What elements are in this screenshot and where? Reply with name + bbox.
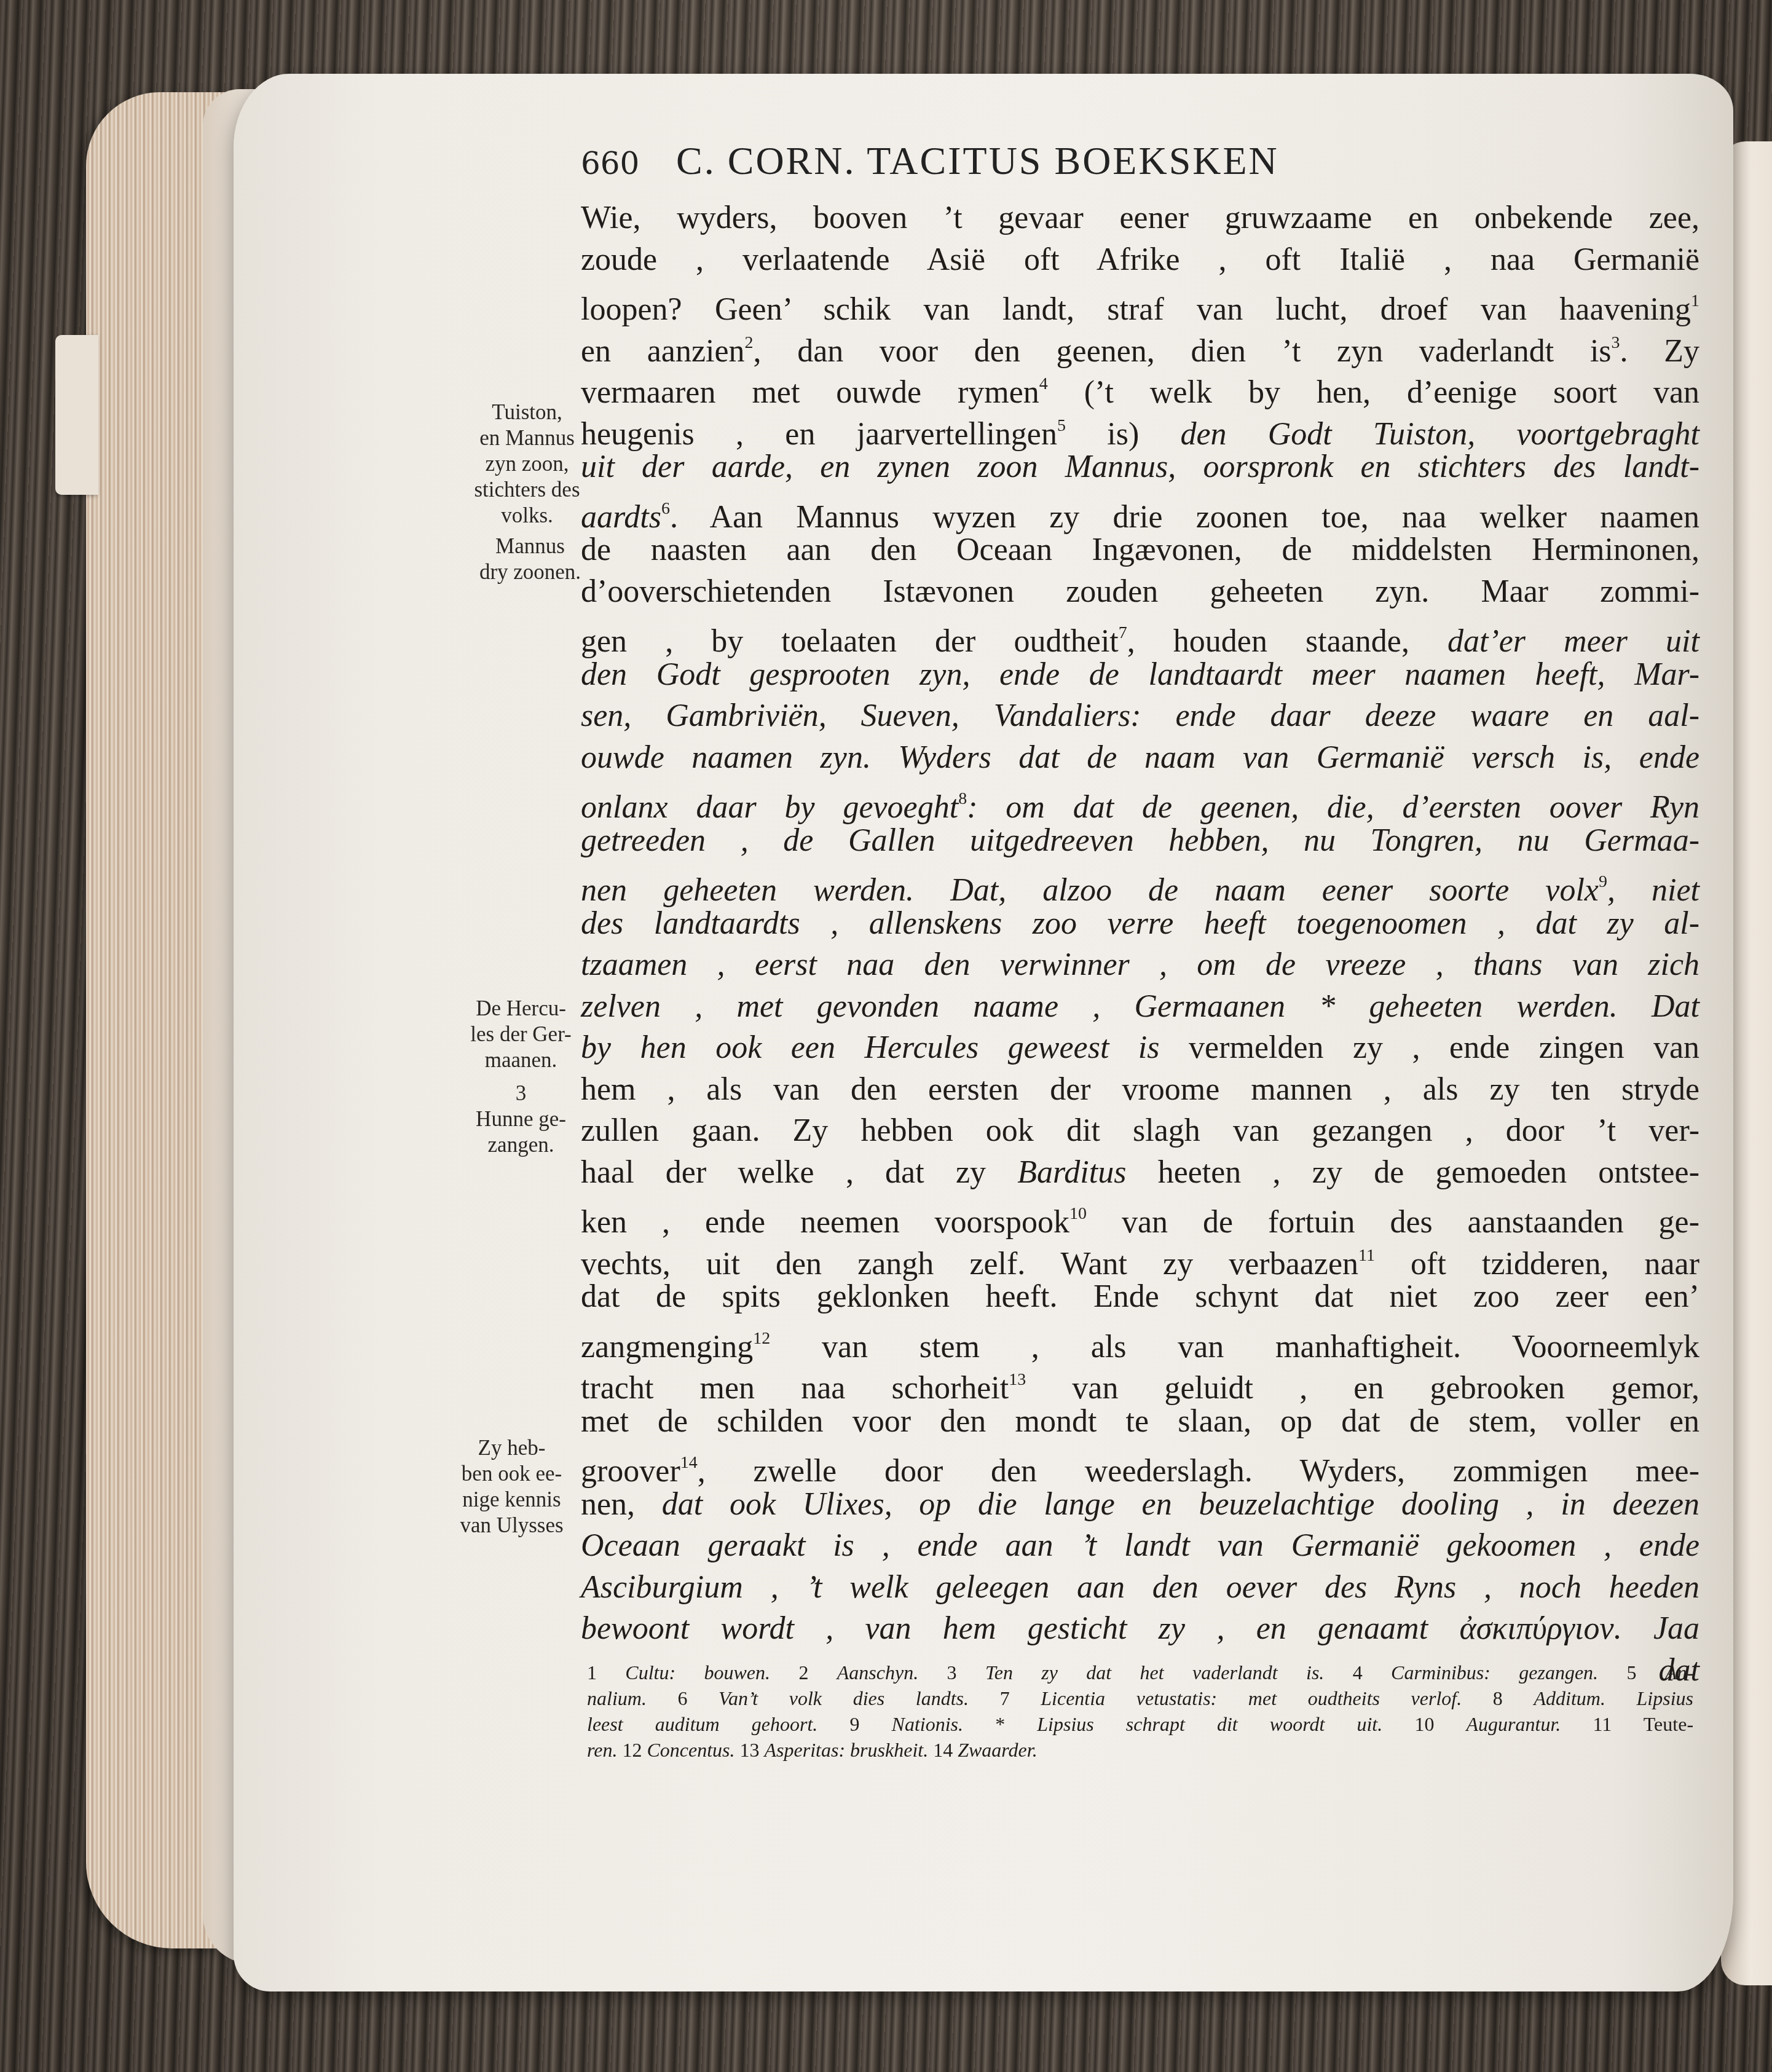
roman-text: heeten , zy de gemoeden ontstee- [1126, 1155, 1699, 1190]
footnote-ref: 5 [1057, 416, 1066, 435]
roman-text: Teute- [1644, 1713, 1693, 1735]
text-line: met de schilden voor den mondt te slaan,… [581, 1401, 1699, 1443]
text-line: zullen gaan. Zy hebben ook dit slagh van… [581, 1110, 1699, 1152]
footnote-ref: 9 [1599, 872, 1607, 891]
margin-note-line: en Mannus [458, 425, 596, 451]
footnote-ref: 4 [1039, 374, 1048, 393]
margin-note: Mannusdry zoonen. [461, 534, 599, 585]
italic-text: Cultu: bouwen. [625, 1661, 770, 1684]
italic-text: sen, Gambriviën, Sueven, Vandaliers: end… [581, 698, 1699, 733]
text-line: loopen? Geen’ schik van landt, straf van… [581, 280, 1699, 322]
margin-note-line: maanen. [452, 1047, 590, 1073]
margin-note-line: Mannus [461, 534, 599, 559]
italic-text: Aanschyn. [837, 1661, 918, 1684]
text-line: nen geheeten werden. Dat, alzoo de naam … [581, 861, 1699, 903]
margin-note-line: volks. [458, 503, 596, 529]
margin-note-line: van Ulysses [443, 1513, 581, 1538]
italic-text: by hen ook een Hercules geweest is [581, 1030, 1160, 1065]
margin-note-line: zyn zoon, [458, 451, 596, 477]
text-line: dat de spits geklonken heeft. Ende schyn… [581, 1276, 1699, 1318]
italic-text: Asciburgium , ’t welk geleegen aan den o… [581, 1570, 1699, 1605]
footnote-line: 1 Cultu: bouwen. 2 Aanschyn. 3 Ten zy da… [587, 1660, 1693, 1685]
text-line: hem , als van den eersten der vroome man… [581, 1069, 1699, 1111]
italic-text: Carminibus: gezangen. [1391, 1661, 1598, 1684]
text-line: haal der welke , dat zy Barditus heeten … [581, 1152, 1699, 1194]
margin-note-line: les der Ger- [452, 1022, 590, 1047]
italic-text: Concentus. [647, 1739, 734, 1761]
italic-text: den Godt gesprooten zyn, ende de landtaa… [581, 657, 1699, 692]
footnote-ref: 10 [1069, 1204, 1087, 1223]
italic-text: An- [1665, 1661, 1693, 1684]
text-line: by hen ook een Hercules geweest is verme… [581, 1027, 1699, 1069]
text-line: onlanx daar by gevoeght8: om dat de geen… [581, 778, 1699, 820]
margin-note-line: Hunne ge- [452, 1106, 590, 1132]
text-line: heugenis , en jaarvertellingen5 is) den … [581, 405, 1699, 447]
text-line: zelven , met gevonden naame , Germaanen … [581, 986, 1699, 1028]
running-head-title: C. CORN. TACITUS BOEKSKEN [676, 138, 1279, 184]
italic-text: getreeden , de Gallen uitgedreeven hebbe… [581, 823, 1699, 858]
bookmark-tab [55, 335, 98, 495]
roman-text: hem , als van den eersten der vroome man… [581, 1072, 1699, 1107]
italic-text: Nationis. [892, 1713, 963, 1735]
roman-text: 10 [1382, 1713, 1466, 1735]
italic-text: dat ook Ulixes, op die lange en beuzelac… [662, 1487, 1699, 1522]
margin-note: Zy heb-ben ook ee-nige kennisvan Ulysses [443, 1435, 581, 1538]
italic-text: zelven , met gevonden naame , Germaanen … [581, 989, 1699, 1024]
italic-text: ren. [587, 1739, 617, 1761]
text-line: groover14, zwelle door den weederslagh. … [581, 1442, 1699, 1484]
roman-text: vermelden zy , ende zingen van [1160, 1030, 1699, 1065]
italic-text: Oceaan geraakt is , ende aan ’t landt va… [581, 1528, 1699, 1563]
footnote-ref: 1 [1691, 291, 1699, 310]
roman-text: dat de spits geklonken heeft. Ende schyn… [581, 1279, 1699, 1314]
roman-text: zoude , verlaatende Asië oft Afrike , of… [581, 242, 1699, 277]
footnote-ref: 8 [958, 789, 967, 808]
text-line: tracht men naa schorheit13 van geluidt ,… [581, 1359, 1699, 1401]
text-line: Asciburgium , ’t welk geleegen aan den o… [581, 1567, 1699, 1609]
text-line: ouwde naamen zyn. Wyders dat de naam van… [581, 737, 1699, 779]
roman-text: d’ooverschietenden Istævonen zouden gehe… [581, 574, 1699, 609]
footnote-line: nalium. 6 Van’t volk dies landts. 7 Lice… [587, 1685, 1693, 1711]
text-line: getreeden , de Gallen uitgedreeven hebbe… [581, 820, 1699, 862]
margin-note-line: ben ook ee- [443, 1461, 581, 1487]
margin-note-line: Zy heb- [443, 1435, 581, 1461]
roman-text: 8 [1462, 1687, 1534, 1709]
italic-text: Ten zy dat het vaderlandt is. [985, 1661, 1324, 1684]
footnote-ref: 12 [753, 1329, 770, 1348]
italic-text: Barditus [1017, 1155, 1126, 1190]
roman-text: zullen gaan. Zy hebben ook dit slagh van… [581, 1113, 1699, 1148]
footnote-ref: 7 [1119, 623, 1127, 642]
italic-text: Asperitas: bruskheit. [765, 1739, 929, 1761]
text-line: Wie, wyders, booven ’t gevaar eener gruw… [581, 197, 1699, 239]
italic-text: uit der aarde, en zynen zoon Mannus, oor… [581, 449, 1699, 484]
text-line: uit der aarde, en zynen zoon Mannus, oor… [581, 446, 1699, 488]
roman-text: 12 [617, 1739, 647, 1761]
margin-note-line: dry zoonen. [461, 559, 599, 585]
italic-text: Lipsius schrapt dit woordt uit. [1037, 1713, 1382, 1735]
roman-text: 7 [969, 1687, 1041, 1709]
roman-text: 11 [1561, 1713, 1643, 1735]
italic-text: ouwde naamen zyn. Wyders dat de naam van… [581, 740, 1699, 775]
text-line: vechts, uit den zangh zelf. Want zy verb… [581, 1235, 1699, 1277]
text-line: sen, Gambriviën, Sueven, Vandaliers: end… [581, 695, 1699, 737]
margin-note-line: Tuiston, [458, 400, 596, 425]
footnote-ref: 2 [745, 333, 754, 352]
text-line: Oceaan geraakt is , ende aan ’t landt va… [581, 1525, 1699, 1567]
text-line: tzaamen , eerst naa den verwinner , om d… [581, 944, 1699, 986]
roman-text: 9 [817, 1713, 891, 1735]
footnote-line: ren. 12 Concentus. 13 Asperitas: bruskhe… [587, 1737, 1693, 1763]
running-head: 660 C. CORN. TACITUS BOEKSKEN [581, 138, 1699, 194]
text-line: zoude , verlaatende Asië oft Afrike , of… [581, 239, 1699, 281]
roman-text: 4 [1324, 1661, 1391, 1684]
italic-text: Van’t volk dies landts. [719, 1687, 969, 1709]
roman-text: 3 [918, 1661, 985, 1684]
roman-text: Wie, wyders, booven ’t gevaar eener gruw… [581, 200, 1699, 235]
italic-text: leest auditum gehoort. [587, 1713, 817, 1735]
text-line: d’ooverschietenden Istævonen zouden gehe… [581, 571, 1699, 613]
text-line: ken , ende neemen voorspook10 van de for… [581, 1193, 1699, 1235]
text-line: de naasten aan den Oceaan Ingævonen, de … [581, 529, 1699, 571]
italic-text: tzaamen , eerst naa den verwinner , om d… [581, 947, 1699, 982]
margin-note-line: 3 [452, 1081, 590, 1106]
italic-text: des landtaardts , allenskens zoo verre h… [581, 906, 1699, 941]
text-line: aardts6. Aan Mannus wyzen zy drie zoonen… [581, 488, 1699, 530]
roman-text: met de schilden voor den mondt te slaan,… [581, 1404, 1699, 1439]
margin-note-line: zangen. [452, 1132, 590, 1158]
text-line: en aanzien2, dan voor den geenen, dien ’… [581, 322, 1699, 364]
roman-text: 5 [1598, 1661, 1665, 1684]
text-line: bewoont wordt , van hem gesticht zy , en… [581, 1608, 1699, 1650]
italic-text: Additum. Lipsius [1534, 1687, 1693, 1709]
footnote-ref: 6 [661, 499, 670, 518]
margin-note: Tuiston,en Mannuszyn zoon,stichters desv… [458, 400, 596, 529]
text-line: vermaaren met ouwde rymen4 (’t welk by h… [581, 363, 1699, 405]
margin-note-line: stichters des [458, 477, 596, 503]
footnotes: 1 Cultu: bouwen. 2 Aanschyn. 3 Ten zy da… [587, 1660, 1693, 1763]
text-line: zangmenging12 van stem , als van manhaft… [581, 1318, 1699, 1360]
margin-note-line: De Hercu- [452, 996, 590, 1022]
italic-text: bewoont wordt , van hem gesticht zy , en… [581, 1611, 1699, 1646]
footnote-ref: 3 [1612, 333, 1620, 352]
roman-text: de naasten aan den Oceaan Ingævonen, de … [581, 532, 1699, 567]
roman-text: 14 [928, 1739, 958, 1761]
margin-note: 3Hunne ge-zangen. [452, 1081, 590, 1158]
text-block: 660 C. CORN. TACITUS BOEKSKEN Wie, wyder… [581, 138, 1699, 1691]
roman-text: 2 [770, 1661, 837, 1684]
roman-text: 1 [587, 1661, 625, 1684]
footnote-line: leest auditum gehoort. 9 Nationis. * Lip… [587, 1711, 1693, 1737]
text-line: gen , by toelaaten der oudtheit7, houden… [581, 612, 1699, 654]
footnote-ref: 13 [1009, 1370, 1026, 1389]
italic-text: Augurantur. [1467, 1713, 1561, 1735]
footnote-ref: 14 [680, 1453, 698, 1472]
footnote-ref: 11 [1358, 1246, 1375, 1265]
body-text: Wie, wyders, booven ’t gevaar eener gruw… [581, 197, 1699, 1691]
roman-text: haal der welke , dat zy [581, 1155, 1017, 1190]
margin-note: De Hercu-les der Ger-maanen. [452, 996, 590, 1073]
roman-text: * [963, 1713, 1037, 1735]
roman-text: 6 [647, 1687, 719, 1709]
italic-text: Zwaarder. [958, 1739, 1038, 1761]
text-line: des landtaardts , allenskens zoo verre h… [581, 903, 1699, 945]
page-number: 660 [581, 146, 676, 181]
roman-text: 13 [735, 1739, 765, 1761]
text-line: nen, dat ook Ulixes, op die lange en beu… [581, 1484, 1699, 1526]
roman-text: nen, [581, 1487, 662, 1522]
margin-note-line: nige kennis [443, 1487, 581, 1513]
italic-text: nalium. [587, 1687, 647, 1709]
text-line: den Godt gesprooten zyn, ende de landtaa… [581, 654, 1699, 696]
italic-text: Licentia vetustatis: met oudtheits verlo… [1041, 1687, 1462, 1709]
